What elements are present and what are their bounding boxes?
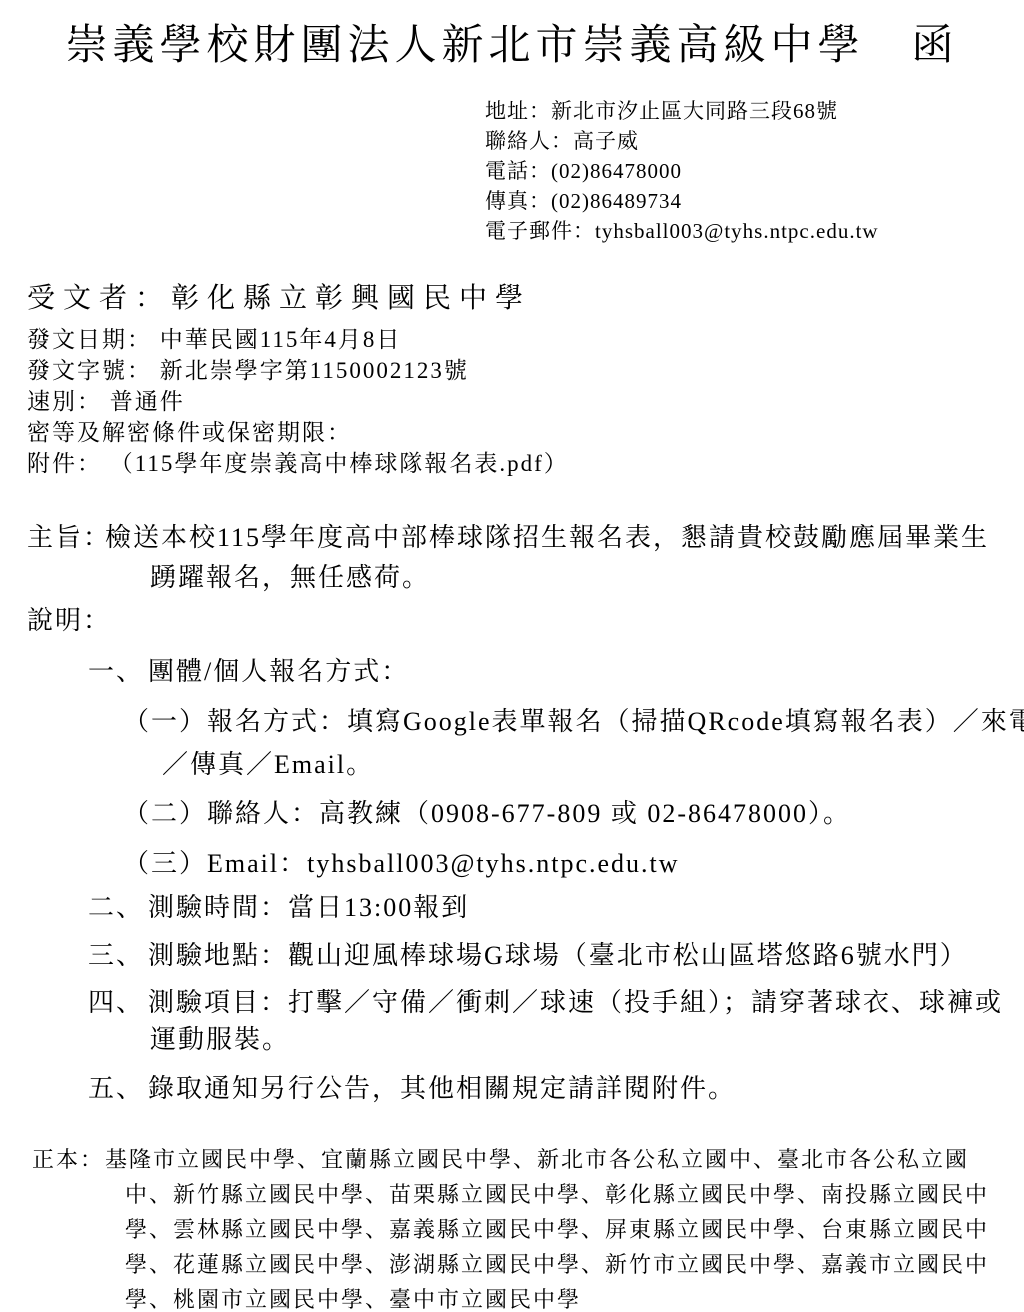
subject-label: 主旨：	[27, 518, 111, 558]
distribution-line: 中、新竹縣立國民中學、苗栗縣立國民中學、彰化縣立國民中學、南投縣立國民中	[0, 1177, 1024, 1212]
attachment-line: 附件： （115學年度崇義高中棒球隊報名表.pdf）	[27, 448, 569, 479]
subject-section: 主旨： 檢送本校115學年度高中部棒球隊招生報名表，懇請貴校鼓勵應屆畢業生 踴躍…	[0, 518, 1024, 598]
sender-fax: 傳真：(02)86489734	[485, 186, 879, 216]
distribution-line: 基隆市立國民中學、宜蘭縣立國民中學、新北市各公私立國中、臺北市各公私立國	[0, 1142, 1024, 1177]
issue-date: 發文日期： 中華民國115年4月8日	[27, 324, 569, 355]
sub-item-3: （三）Email：tyhsball003@tyhs.ntpc.edu.tw	[0, 842, 1024, 885]
recipient-line: 受文者：彰化縣立彰興國民中學	[27, 276, 531, 316]
sender-address: 地址：新北市汐止區大同路三段68號	[485, 96, 879, 126]
sub-item-3-text: Email：tyhsball003@tyhs.ntpc.edu.tw	[207, 849, 680, 878]
list-item-3: 三、 測驗地點：觀山迎風棒球場G球場（臺北市松山區塔悠路6號水門）	[0, 937, 1024, 975]
sub-item-3-marker: （三）	[123, 849, 207, 878]
sender-contact-person: 聯絡人：高子威	[485, 126, 879, 156]
priority-level: 速別： 普通件	[27, 386, 569, 417]
sub-item-3-line: （三）Email：tyhsball003@tyhs.ntpc.edu.tw	[0, 842, 1024, 885]
list-item-5-marker: 五、	[88, 1070, 144, 1108]
list-item-4: 四、 測驗項目：打擊／守備／衝刺／球速（投手組）；請穿著球衣、球褲或 運動服裝。	[0, 984, 1024, 1058]
distribution-line: 學、雲林縣立國民中學、嘉義縣立國民中學、屏東縣立國民中學、台東縣立國民中	[0, 1212, 1024, 1247]
list-item-3-text: 測驗地點：觀山迎風棒球場G球場（臺北市松山區塔悠路6號水門）	[0, 937, 1024, 975]
sub-item-1-marker: （一）	[123, 707, 207, 736]
sender-email: 電子郵件：tyhsball003@tyhs.ntpc.edu.tw	[485, 216, 879, 246]
explanation-label: 說明：	[27, 601, 111, 641]
issue-number: 發文字號： 新北崇學字第1150002123號	[27, 355, 569, 386]
subject-text-line: 檢送本校115學年度高中部棒球隊招生報名表，懇請貴校鼓勵應屆畢業生	[0, 518, 1024, 558]
sub-item-2-marker: （二）	[123, 799, 207, 828]
sub-item-1-line: ／傳真／Email。	[0, 743, 1024, 786]
sub-item-1-text: 報名方式：填寫Google表單報名（掃描QRcode填寫報名表）／來電	[207, 707, 1024, 736]
sub-item-2: （二）聯絡人：高教練（0908-677-809 或 02-86478000）。	[0, 792, 1024, 835]
list-item-1: 一、 團體/個人報名方式：	[0, 653, 1024, 691]
list-item-5: 五、 錄取通知另行公告，其他相關規定請詳閱附件。	[0, 1070, 1024, 1108]
list-item-4-line: 測驗項目：打擊／守備／衝刺／球速（投手組）；請穿著球衣、球褲或	[0, 984, 1024, 1021]
document-title: 崇義學校財團法人新北市崇義高級中學 函	[0, 12, 1024, 72]
list-item-4-line: 運動服裝。	[0, 1021, 1024, 1058]
subject-text-line: 踴躍報名，無任感荷。	[0, 558, 1024, 598]
list-item-5-text: 錄取通知另行公告，其他相關規定請詳閱附件。	[0, 1070, 1024, 1108]
security-classification: 密等及解密條件或保密期限：	[27, 417, 569, 448]
list-item-1-marker: 一、	[88, 653, 144, 691]
list-item-2-marker: 二、	[88, 889, 144, 927]
sub-item-1: （一）報名方式：填寫Google表單報名（掃描QRcode填寫報名表）／來電 ／…	[0, 700, 1024, 786]
sub-item-2-text: 聯絡人：高教練（0908-677-809 或 02-86478000）。	[207, 799, 851, 828]
list-item-4-marker: 四、	[88, 984, 144, 1022]
list-item-3-marker: 三、	[88, 937, 144, 975]
distribution-line: 學、桃園市立國民中學、臺中市立國民中學	[0, 1282, 1024, 1312]
sub-item-1-line: （一）報名方式：填寫Google表單報名（掃描QRcode填寫報名表）／來電	[0, 700, 1024, 743]
distribution-label: 正本：	[32, 1142, 104, 1177]
sender-phone: 電話：(02)86478000	[485, 156, 879, 186]
distribution-line: 學、花蓮縣立國民中學、澎湖縣立國民中學、新竹市立國民中學、嘉義市立國民中	[0, 1247, 1024, 1282]
official-letter-document: 崇義學校財團法人新北市崇義高級中學 函 地址：新北市汐止區大同路三段68號 聯絡…	[0, 0, 1024, 1312]
meta-block: 發文日期： 中華民國115年4月8日 發文字號： 新北崇學字第115000212…	[27, 324, 569, 479]
list-item-2-text: 測驗時間：當日13:00報到	[0, 889, 1024, 927]
list-item-1-text: 團體/個人報名方式：	[0, 653, 1024, 691]
list-item-2: 二、 測驗時間：當日13:00報到	[0, 889, 1024, 927]
distribution-section: 正本： 基隆市立國民中學、宜蘭縣立國民中學、新北市各公私立國中、臺北市各公私立國…	[0, 1142, 1024, 1312]
sender-contact-block: 地址：新北市汐止區大同路三段68號 聯絡人：高子威 電話：(02)8647800…	[485, 96, 879, 246]
sub-item-2-line: （二）聯絡人：高教練（0908-677-809 或 02-86478000）。	[0, 792, 1024, 835]
